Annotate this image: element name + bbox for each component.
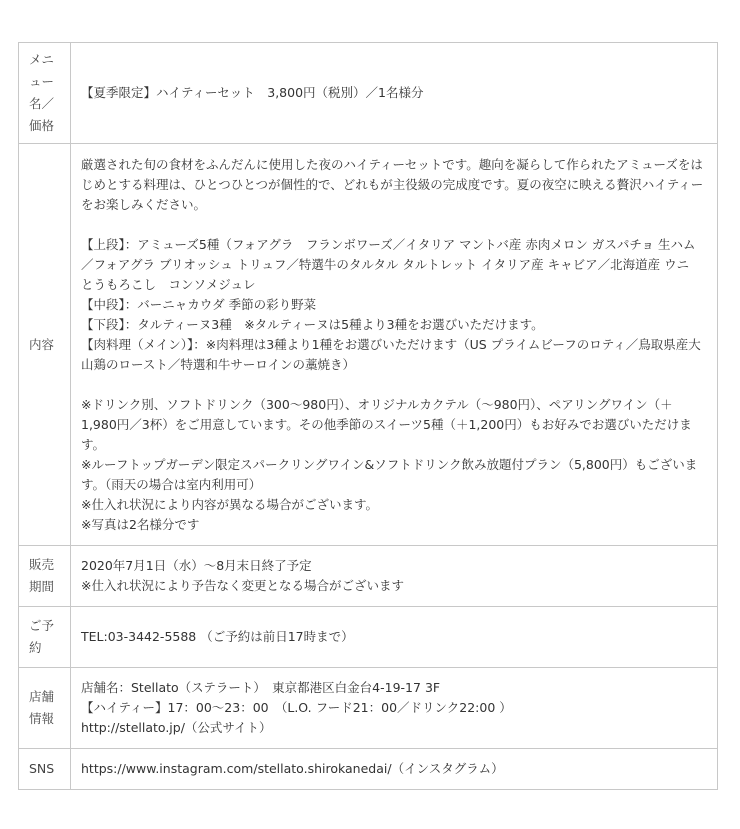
label-content: 内容 [19,144,71,546]
content-upper-tier: 【上段】：アミューズ5種（フォアグラ フランボワーズ／イタリア マントバ産 赤肉… [81,235,707,295]
table-row-content: 内容 厳選された旬の食材をふんだんに使用した夜のハイティーセットです。趣向を凝ら… [19,144,718,546]
sales-period-dates: 2020年7月1日（水）～8月末日終了予定 [81,556,707,576]
table-row-sns: SNS https://www.instagram.com/stellato.s… [19,749,718,790]
sales-period-note: ※仕入れ状況により予告なく変更となる場合がございます [81,576,707,596]
value-sns: https://www.instagram.com/stellato.shiro… [71,749,718,790]
menu-info-table: メニュー名／価格 【夏季限定】ハイティーセット 3,800円（税別）／1名様分 … [18,42,718,790]
value-menu-name-price: 【夏季限定】ハイティーセット 3,800円（税別）／1名様分 [71,43,718,144]
content-intro: 厳選された旬の食材をふんだんに使用した夜のハイティーセットです。趣向を凝らして作… [81,155,707,215]
content-middle-tier: 【中段】：バーニャカウダ 季節の彩り野菜 [81,295,707,315]
content-stock-note: ※仕入れ状況により内容が異なる場合がございます。 [81,495,707,515]
table-row-reservation: ご予約 TEL:03-3442-5588 （ご予約は前日17時まで） [19,607,718,668]
content-rooftop-note: ※ルーフトップガーデン限定スパークリングワイン&ソフトドリンク飲み放題付プラン（… [81,455,707,495]
value-sales-period: 2020年7月1日（水）～8月末日終了予定 ※仕入れ状況により予告なく変更となる… [71,546,718,607]
spacer [81,375,707,395]
table-row-store-info: 店舗情報 店舗名：Stellato（ステラート） 東京都港区白金台4-19-17… [19,668,718,749]
spacer [81,215,707,235]
menu-name-price-text: 【夏季限定】ハイティーセット 3,800円（税別）／1名様分 [81,83,707,103]
label-reservation: ご予約 [19,607,71,668]
content-photo-note: ※写真は2名様分です [81,515,707,535]
table-row-period: 販売期間 2020年7月1日（水）～8月末日終了予定 ※仕入れ状況により予告なく… [19,546,718,607]
content-main-dish: 【肉料理（メイン）】：※肉料理は3種より1種をお選びいただけます（US プライム… [81,335,707,375]
sns-text: https://www.instagram.com/stellato.shiro… [81,759,707,779]
label-store-info: 店舗情報 [19,668,71,749]
instagram-link[interactable]: https://www.instagram.com/stellato.shiro… [81,761,504,776]
store-hours: 【ハイティー】17：00～23：00 （L.O. フード21：00／ドリンク22… [81,698,707,718]
content-lower-tier: 【下段】：タルティーヌ3種 ※タルティーヌは5種より3種をお選びいただけます。 [81,315,707,335]
table-row-menu: メニュー名／価格 【夏季限定】ハイティーセット 3,800円（税別）／1名様分 [19,43,718,144]
store-website: http://stellato.jp/（公式サイト） [81,718,707,738]
label-sales-period: 販売期間 [19,546,71,607]
value-reservation: TEL:03-3442-5588 （ご予約は前日17時まで） [71,607,718,668]
value-content: 厳選された旬の食材をふんだんに使用した夜のハイティーセットです。趣向を凝らして作… [71,144,718,546]
label-sns: SNS [19,749,71,790]
store-website-link[interactable]: http://stellato.jp/（公式サイト） [81,720,272,735]
store-name-address: 店舗名：Stellato（ステラート） 東京都港区白金台4-19-17 3F [81,678,707,698]
content-drinks-note: ※ドリンク別、ソフトドリンク（300～980円）、オリジナルカクテル（～980円… [81,395,707,455]
reservation-phone: TEL:03-3442-5588 （ご予約は前日17時まで） [81,627,707,647]
label-menu-name-price: メニュー名／価格 [19,43,71,144]
value-store-info: 店舗名：Stellato（ステラート） 東京都港区白金台4-19-17 3F 【… [71,668,718,749]
